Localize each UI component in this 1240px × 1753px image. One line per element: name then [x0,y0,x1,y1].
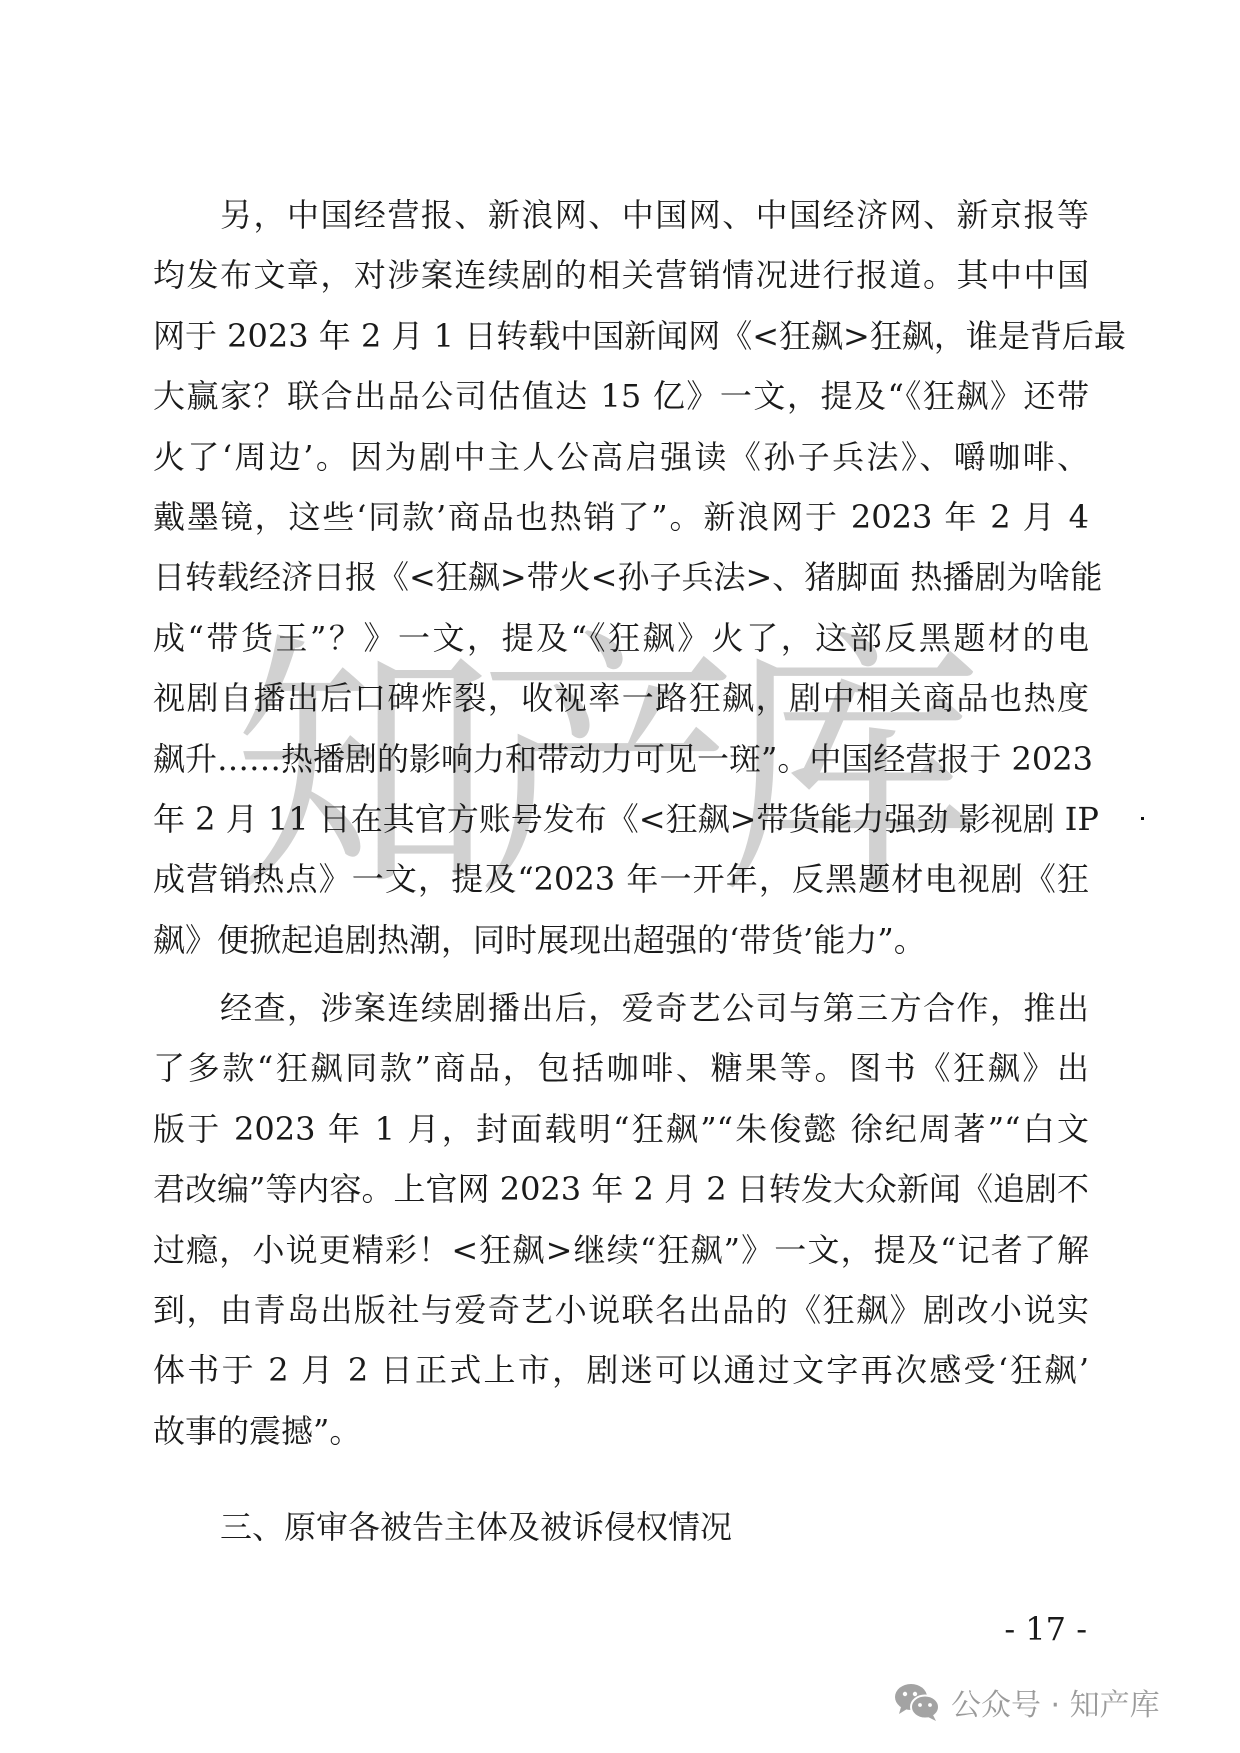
section-heading: 三、原审各被告主体及被诉侵权情况 [220,1497,732,1557]
paragraph-spacing [153,970,1089,978]
text-line: 体书于 2 月 2 日正式上市，剧迷可以通过文字再次感受‘狂飙’ [153,1340,1089,1400]
page-number: - 17 - [1004,1606,1087,1652]
text-line: 成“带货王”？》一文，提及“《狂飙》火了，这部反黑题材的电 [153,608,1089,668]
text-line: 大赢家？联合出品公司估值达 15 亿》一文，提及“《狂飙》还带 [153,366,1089,426]
text-line: 君改编”等内容。上官网 2023 年 2 月 2 日转发大众新闻《追剧不 [153,1159,1089,1219]
text-line: 年 2 月 11 日在其官方账号发布《<狂飙>带货能力强劲 影视剧 IP [153,789,1089,849]
paragraph: 经查，涉案连续剧播出后，爱奇艺公司与第三方合作，推出 了多款“狂飙同款”商品，包… [153,978,1089,1461]
text-line: 到，由青岛出版社与爱奇艺小说联名出品的《狂飙》剧改小说实 [153,1280,1089,1340]
footer-attribution: 公众号 · 知产库 [893,1680,1160,1724]
text-line: 版于 2023 年 1 月，封面载明“狂飙”“朱俊懿 徐纪周著”“白文 [153,1099,1089,1159]
text-line: 过瘾，小说更精彩！<狂飙>继续“狂飙”》一文，提及“记者了解 [153,1220,1089,1280]
text-line: 成营销热点》一文，提及“2023 年一开年，反黑题材电视剧《狂 [153,849,1089,909]
text-line: 火了‘周边’。因为剧中主人公高启强读《孙子兵法》、嚼咖啡、 [153,427,1089,487]
document-body: 另，中国经营报、新浪网、中国网、中国经济网、新京报等 均发布文章，对涉案连续剧的… [153,185,1089,1461]
stray-dot [1141,817,1144,820]
footer-label: 公众号 · 知产库 [951,1680,1160,1724]
text-line: 网于 2023 年 2 月 1 日转载中国新闻网《<狂飙>狂飙，谁是背后最 [153,306,1089,366]
text-line: 日转载经济日报《<狂飙>带火<孙子兵法>、猪脚面 热播剧为啥能 [153,547,1089,607]
text-line: 了多款“狂飙同款”商品，包括咖啡、糖果等。图书《狂飙》出 [153,1038,1089,1098]
text-line: 飙》便掀起追剧热潮，同时展现出超强的‘带货’能力”。 [153,910,1089,970]
text-line: 另，中国经营报、新浪网、中国网、中国经济网、新京报等 [153,185,1089,245]
text-line: 故事的震撼”。 [153,1401,1089,1461]
document-page: 知产库 另，中国经营报、新浪网、中国网、中国经济网、新京报等 均发布文章，对涉案… [0,0,1240,1753]
paragraph: 另，中国经营报、新浪网、中国网、中国经济网、新京报等 均发布文章，对涉案连续剧的… [153,185,1089,970]
wechat-icon [893,1682,941,1722]
text-line: 视剧自播出后口碑炸裂，收视率一路狂飙，剧中相关商品也热度 [153,668,1089,728]
text-line: 飙升……热播剧的影响力和带动力可见一斑”。中国经营报于 2023 [153,729,1089,789]
text-line: 均发布文章，对涉案连续剧的相关营销情况进行报道。其中中国 [153,245,1089,305]
text-line: 戴墨镜，这些‘同款’商品也热销了”。新浪网于 2023 年 2 月 4 [153,487,1089,547]
text-line: 经查，涉案连续剧播出后，爱奇艺公司与第三方合作，推出 [153,978,1089,1038]
